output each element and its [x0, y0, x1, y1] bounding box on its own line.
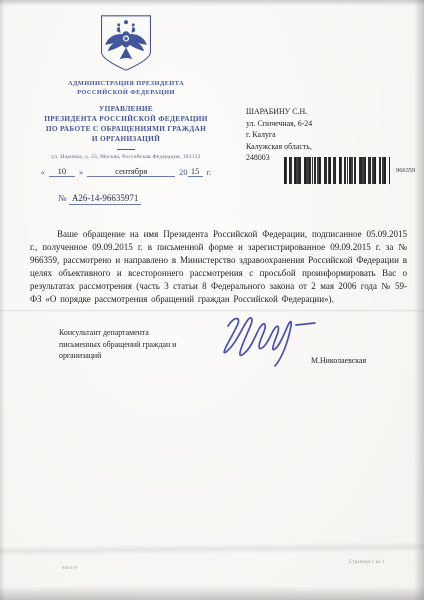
reference-number: А26-14-96635971 [69, 193, 142, 205]
date-month: сентября [87, 166, 175, 177]
recipient-address-line3: Калужская область, [246, 141, 312, 153]
org-name-line1: АДМИНИСТРАЦИЯ ПРЕЗИДЕНТА [10, 80, 242, 89]
dept-name-line3: ПО РАБОТЕ С ОБРАЩЕНИЯМИ ГРАЖДАН [10, 124, 242, 134]
dept-name-line4: И ОРГАНИЗАЦИЙ [10, 134, 242, 144]
date-year-suffix: 15 [188, 166, 203, 177]
footer-page-indicator: Страница 1 из 1 [349, 560, 385, 565]
reference-number-label: № [58, 193, 67, 203]
date-open-quote: « [41, 167, 45, 177]
date-year-prefix: 20 [179, 167, 188, 177]
russia-coat-of-arms-icon [97, 14, 155, 77]
date-day: 10 [49, 166, 75, 177]
scan-shadow-right [414, 0, 424, 600]
footer-document-number: 966359 [62, 565, 78, 570]
signer-title-line2: письменных обращений граждан и [59, 339, 229, 351]
date-line: « 10 » сентября 20 15 г. [30, 166, 222, 177]
dept-name-line1: УПРАВЛЕНИЕ [10, 104, 242, 114]
signer-title-line1: Консультант департамента [59, 327, 229, 339]
recipient-name: ШАРАБИНУ С.Н. [246, 106, 312, 118]
scanned-letter-page: АДМИНИСТРАЦИЯ ПРЕЗИДЕНТА РОССИЙСКОЙ ФЕДЕ… [0, 0, 424, 600]
letter-body-paragraph: Ваше обращение на имя Президента Российс… [30, 228, 407, 307]
scan-shadow-left [0, 0, 5, 600]
date-year-label: г. [207, 167, 212, 177]
dept-name-line2: ПРЕЗИДЕНТА РОССИЙСКОЙ ФЕДЕРАЦИИ [10, 114, 242, 124]
recipient-address-line2: г. Калуга [246, 129, 312, 141]
paper-crease-bottom [0, 542, 424, 556]
letterhead-address: ул. Ильинка, д. 23, Москва, Российская Ф… [10, 154, 242, 160]
signer-title-line3: организаций [59, 350, 229, 362]
reference-line: № А26-14-96635971 [58, 193, 141, 203]
barcode [284, 157, 390, 184]
recipient-address-line1: ул. Спичечная, 6-24 [246, 118, 312, 130]
barcode-row: 966359 [284, 157, 415, 184]
scan-shadow-bottom [0, 586, 424, 600]
signer-title: Консультант департамента письменных обра… [59, 327, 229, 362]
org-name-line2: РОССИЙСКОЙ ФЕДЕРАЦИИ [10, 89, 242, 98]
date-close-quote: » [79, 167, 83, 177]
signer-name: М.Николаевская [311, 356, 366, 365]
scan-shadow-top [0, 0, 424, 6]
letterhead: АДМИНИСТРАЦИЯ ПРЕЗИДЕНТА РОССИЙСКОЙ ФЕДЕ… [10, 14, 242, 160]
recipient-block: ШАРАБИНУ С.Н. ул. Спичечная, 6-24 г. Кал… [246, 106, 312, 164]
letterhead-divider [117, 149, 135, 150]
barcode-number: 966359 [396, 167, 415, 174]
